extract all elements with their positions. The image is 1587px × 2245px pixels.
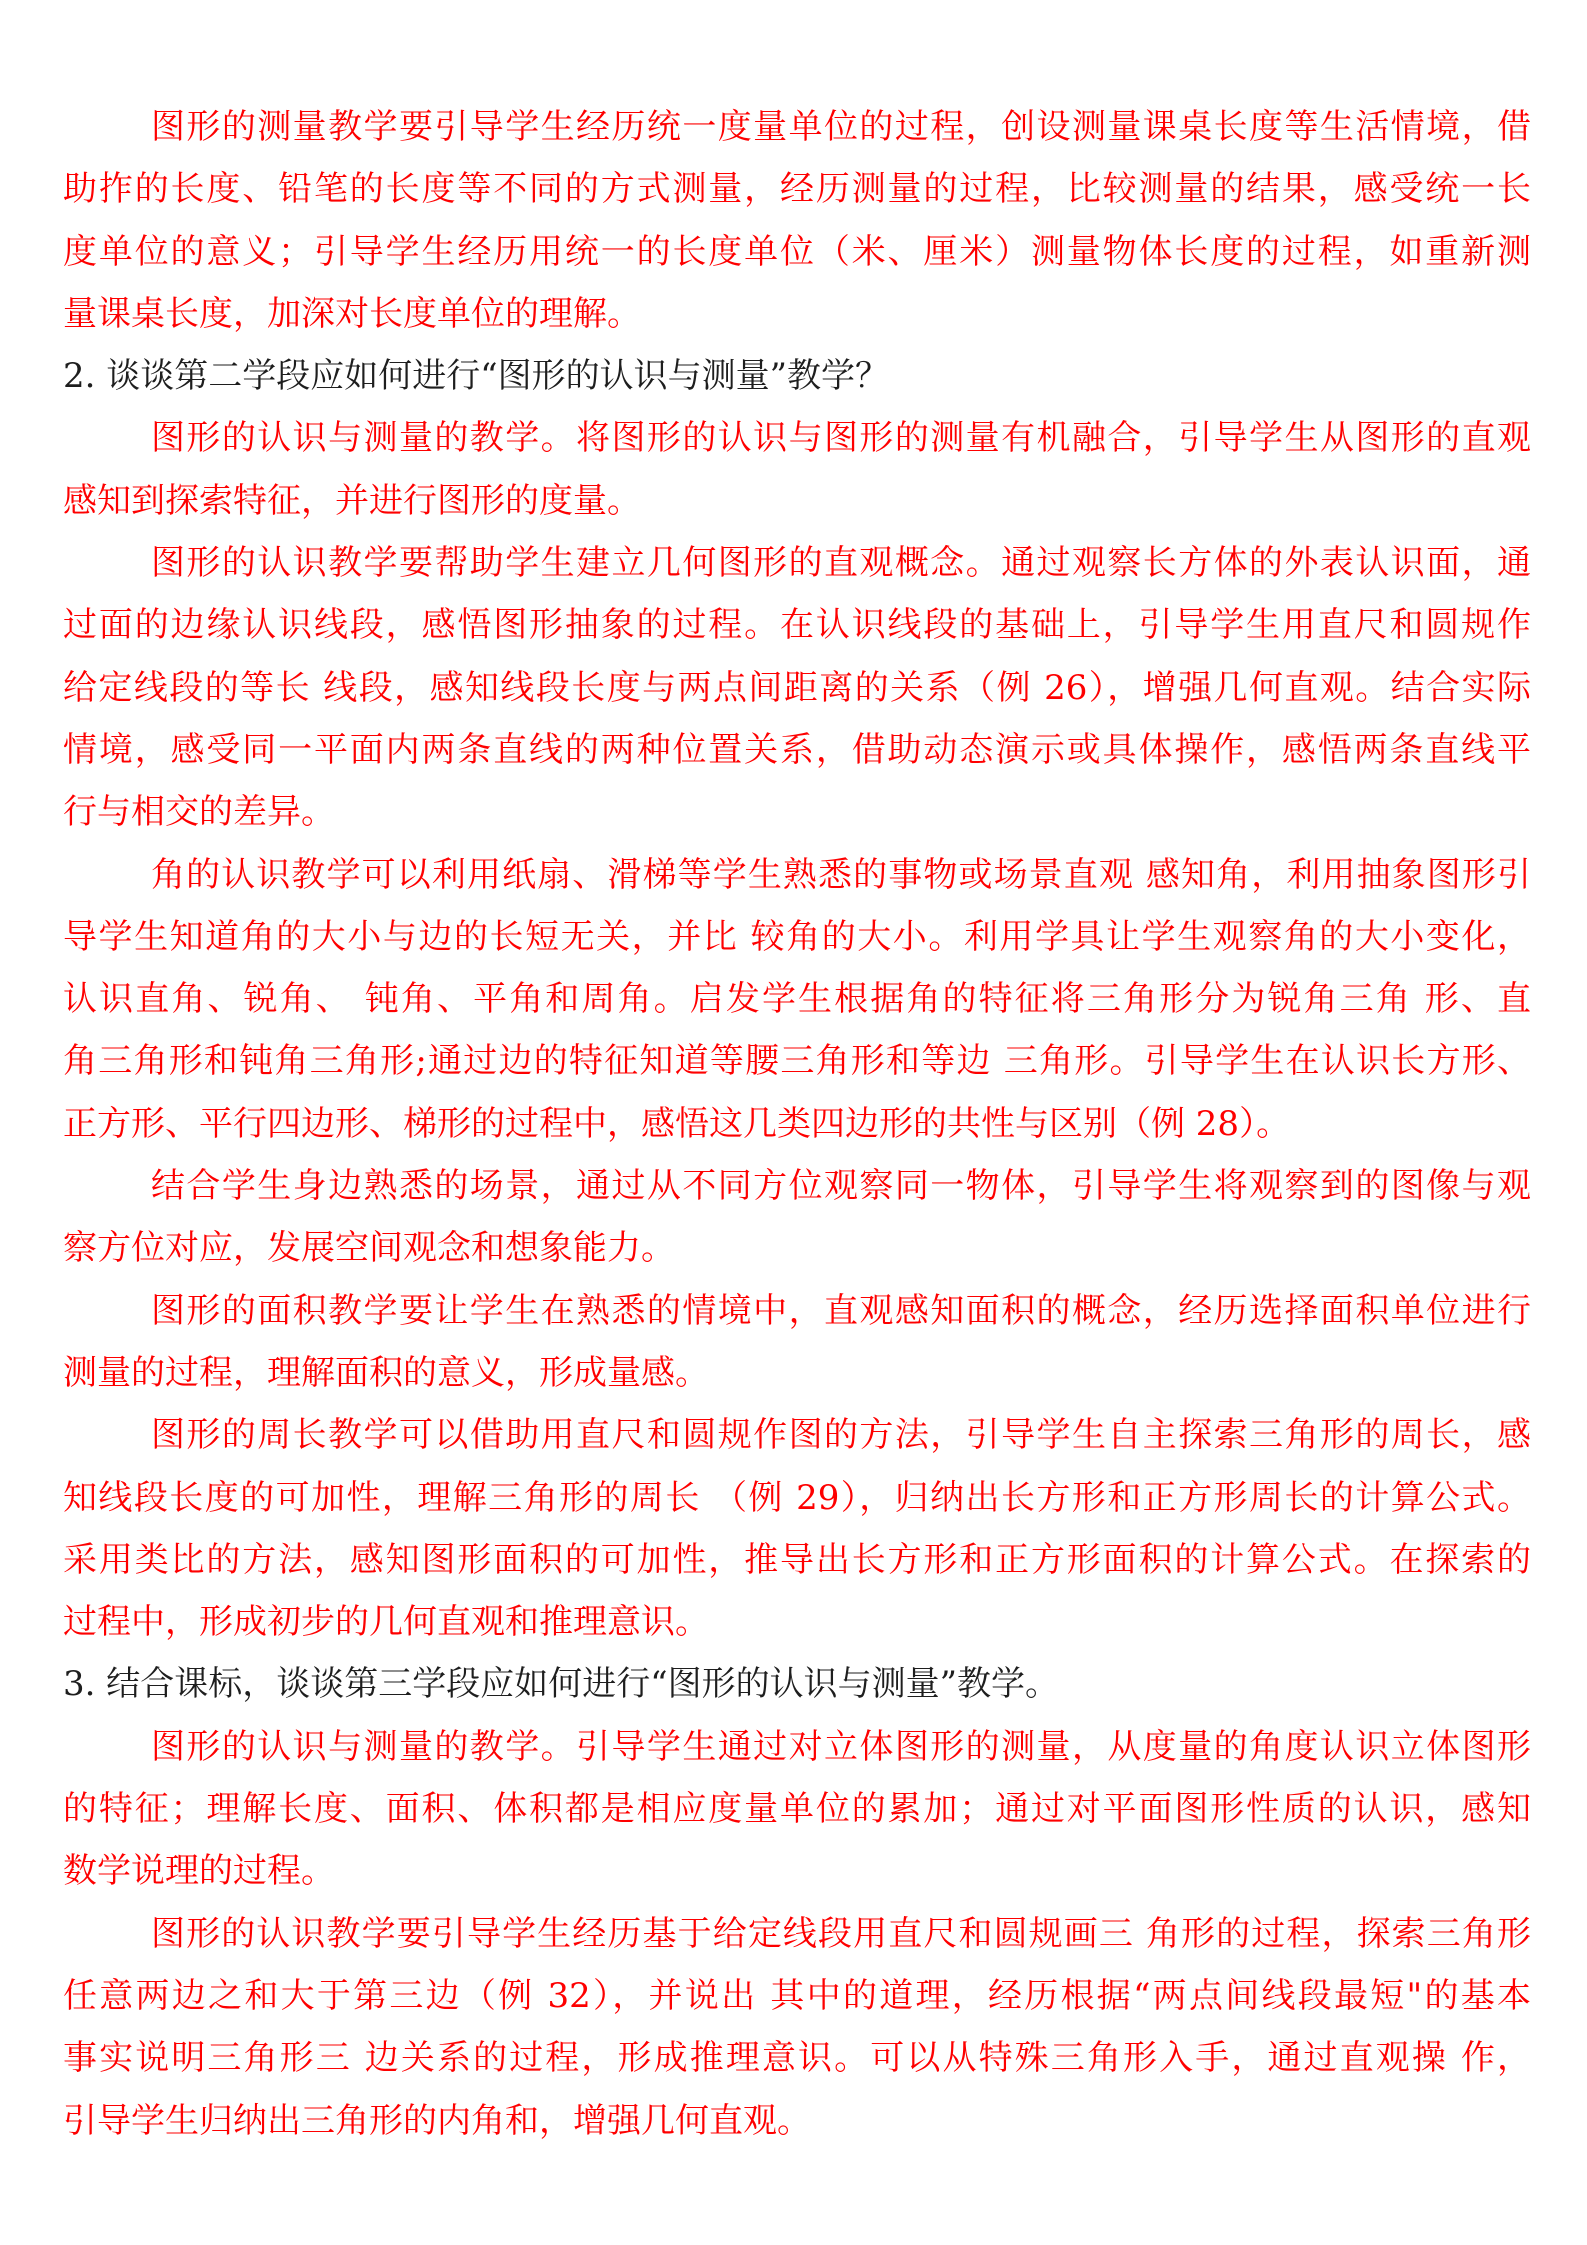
answer-paragraph: 图形的周长教学可以借助用直尺和圆规作图的方法，引导学生自主探索三角形的周长，感知… — [63, 1404, 1531, 1653]
question-line: 3. 结合课标，谈谈第三学段应如何进行“图形的认识与测量”教学。 — [63, 1653, 1531, 1715]
answer-line: 度单位的意义；引导学生经历用统一的长度单位（米、厘米）测量物体长度的过程，如重新… — [63, 221, 1531, 283]
answer-paragraph: 图形的认识教学要帮助学生建立几何图形的直观概念。通过观察长方体的外表认识面，通过… — [63, 532, 1531, 843]
document-page: 图形的测量教学要引导学生经历统一度量单位的过程，创设测量课桌长度等生活情境，借助… — [0, 0, 1587, 2245]
answer-line: 事实说明三角形三 边关系的过程，形成推理意识。可以从特殊三角形入手，通过直观操 … — [63, 2027, 1531, 2089]
answer-paragraph: 图形的认识与测量的教学。将图形的认识与图形的测量有机融合，引导学生从图形的直观感… — [63, 407, 1531, 532]
answer-line: 数学说理的过程。 — [63, 1840, 1531, 1902]
answer-line: 量课桌长度，加深对长度单位的理解。 — [63, 283, 1531, 345]
answer-line: 导学生知道角的大小与边的长短无关，并比 较角的大小。利用学具让学生观察角的大小变… — [63, 906, 1531, 968]
answer-line: 引导学生归纳出三角形的内角和，增强几何直观。 — [63, 2090, 1531, 2152]
answer-line: 给定线段的等长 线段，感知线段长度与两点间距离的关系（例 26），增强几何直观。… — [63, 657, 1531, 719]
document-body: 图形的测量教学要引导学生经历统一度量单位的过程，创设测量课桌长度等生活情境，借助… — [63, 96, 1531, 2152]
answer-line: 角三角形和钝角三角形;通过边的特征知道等腰三角形和等边 三角形。引导学生在认识长… — [63, 1030, 1531, 1092]
answer-line: 图形的面积教学要让学生在熟悉的情境中，直观感知面积的概念，经历选择面积单位进行 — [63, 1280, 1531, 1342]
answer-paragraph: 结合学生身边熟悉的场景，通过从不同方位观察同一物体，引导学生将观察到的图像与观察… — [63, 1155, 1531, 1280]
answer-line: 图形的认识与测量的教学。引导学生通过对立体图形的测量，从度量的角度认识立体图形 — [63, 1716, 1531, 1778]
question-paragraph: 2. 谈谈第二学段应如何进行“图形的认识与测量”教学？ — [63, 345, 1531, 407]
answer-line: 采用类比的方法，感知图形面积的可加性，推导出长方形和正方形面积的计算公式。在探索… — [63, 1529, 1531, 1591]
answer-line: 过程中，形成初步的几何直观和推理意识。 — [63, 1591, 1531, 1653]
answer-paragraph: 角的认识教学可以利用纸扇、滑梯等学生熟悉的事物或场景直观 感知角，利用抽象图形引… — [63, 844, 1531, 1155]
answer-line: 知线段长度的可加性，理解三角形的周长 （例 29），归纳出长方形和正方形周长的计… — [63, 1467, 1531, 1529]
answer-line: 正方形、平行四边形、梯形的过程中，感悟这几类四边形的共性与区别（例 28）。 — [63, 1093, 1531, 1155]
answer-line: 图形的测量教学要引导学生经历统一度量单位的过程，创设测量课桌长度等生活情境，借 — [63, 96, 1531, 158]
answer-line: 察方位对应，发展空间观念和想象能力。 — [63, 1217, 1531, 1279]
answer-line: 过面的边缘认识线段，感悟图形抽象的过程。在认识线段的基础上，引导学生用直尺和圆规… — [63, 594, 1531, 656]
answer-paragraph: 图形的认识与测量的教学。引导学生通过对立体图形的测量，从度量的角度认识立体图形的… — [63, 1716, 1531, 1903]
answer-line: 图形的认识教学要帮助学生建立几何图形的直观概念。通过观察长方体的外表认识面，通 — [63, 532, 1531, 594]
answer-line: 测量的过程，理解面积的意义，形成量感。 — [63, 1342, 1531, 1404]
answer-line: 感知到探索特征，并进行图形的度量。 — [63, 470, 1531, 532]
answer-paragraph: 图形的认识教学要引导学生经历基于给定线段用直尺和圆规画三 角形的过程，探索三角形… — [63, 1903, 1531, 2152]
answer-line: 情境，感受同一平面内两条直线的两种位置关系，借助动态演示或具体操作，感悟两条直线… — [63, 719, 1531, 781]
answer-line: 图形的认识与测量的教学。将图形的认识与图形的测量有机融合，引导学生从图形的直观 — [63, 407, 1531, 469]
answer-line: 助拃的长度、铅笔的长度等不同的方式测量，经历测量的过程，比较测量的结果，感受统一… — [63, 158, 1531, 220]
answer-line: 角的认识教学可以利用纸扇、滑梯等学生熟悉的事物或场景直观 感知角，利用抽象图形引 — [63, 844, 1531, 906]
answer-line: 图形的周长教学可以借助用直尺和圆规作图的方法，引导学生自主探索三角形的周长，感 — [63, 1404, 1531, 1466]
answer-line: 行与相交的差异。 — [63, 781, 1531, 843]
question-line: 2. 谈谈第二学段应如何进行“图形的认识与测量”教学？ — [63, 345, 1531, 407]
answer-paragraph: 图形的测量教学要引导学生经历统一度量单位的过程，创设测量课桌长度等生活情境，借助… — [63, 96, 1531, 345]
answer-line: 任意两边之和大于第三边（例 32），并说出 其中的道理，经历根据“两点间线段最短… — [63, 1965, 1531, 2027]
question-paragraph: 3. 结合课标，谈谈第三学段应如何进行“图形的认识与测量”教学。 — [63, 1653, 1531, 1715]
answer-line: 图形的认识教学要引导学生经历基于给定线段用直尺和圆规画三 角形的过程，探索三角形 — [63, 1903, 1531, 1965]
answer-line: 认识直角、锐角、 钝角、平角和周角。启发学生根据角的特征将三角形分为锐角三角 形… — [63, 968, 1531, 1030]
answer-line: 结合学生身边熟悉的场景，通过从不同方位观察同一物体，引导学生将观察到的图像与观 — [63, 1155, 1531, 1217]
answer-paragraph: 图形的面积教学要让学生在熟悉的情境中，直观感知面积的概念，经历选择面积单位进行测… — [63, 1280, 1531, 1405]
answer-line: 的特征；理解长度、面积、体积都是相应度量单位的累加；通过对平面图形性质的认识，感… — [63, 1778, 1531, 1840]
